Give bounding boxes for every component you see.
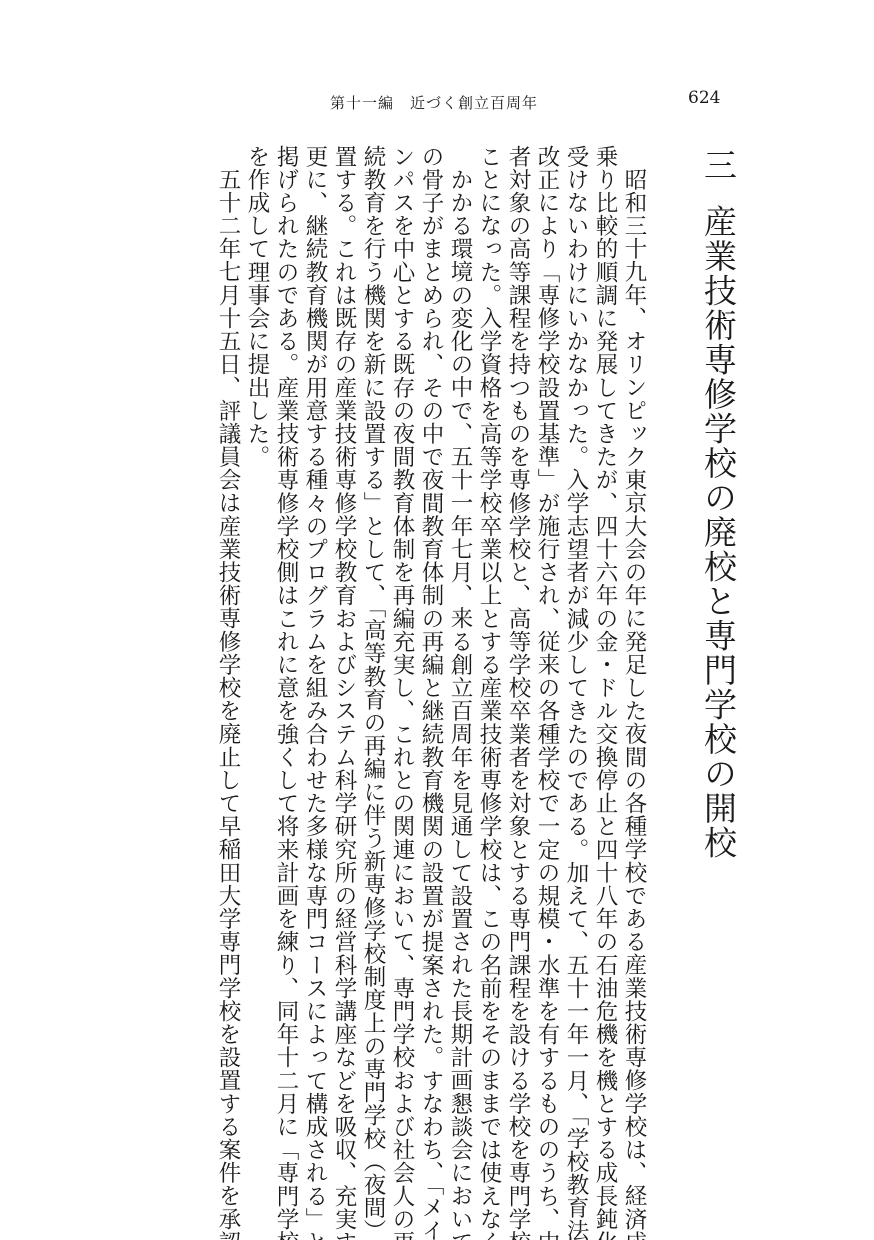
text-column: 受けないわけにいかなかった。入学志望者が減少してきたのである。加えて、五十一年一…: [561, 145, 590, 1130]
text-column: 続教育を行う機関を新に設置する」として、「高等教育の再編に伴う新専修学校制度上の…: [358, 145, 387, 1130]
text-column: 乗り比較的順調に発展してきたが、四十六年の金・ドル交換停止と四十八年の石油危機を…: [590, 145, 619, 1130]
text-column: を作成して理事会に提出した。: [242, 145, 271, 1130]
text-column: 掲げられたのである。産業技術専修学校側はこれに意を強くして将来計画を練り、同年十…: [271, 145, 300, 1130]
running-head: 第十一編 近づく創立百周年: [330, 92, 538, 113]
section-heading: 三産業技術専修学校の廃校と専門学校の開校: [700, 148, 736, 1148]
section-number: 三: [700, 148, 736, 183]
text-column: 改正により「専修学校設置基準」が施行され、従来の各種学校で一定の規模・水準を有す…: [532, 145, 561, 1130]
text-column: の骨子がまとめられ、その中で夜間教育体制の再編と継続教育機関の設置が提案された。…: [416, 145, 445, 1130]
text-column: ことになった。入学資格を高等学校卒業以上とする産業技術専修学校は、この名前をその…: [474, 145, 503, 1130]
text-column: 者対象の高等課程を持つものを専修学校と、高等学校卒業者を対象とする専門課程を設け…: [503, 145, 532, 1130]
text-column: かかる環境の変化の中で、五十一年七月、来る創立百周年を見通して設置された長期計画…: [445, 145, 474, 1130]
section-title: 産業技術専修学校の廃校と専門学校の開校: [699, 205, 738, 861]
body-text: 昭和三十九年、オリンピック東京大会の年に発足した夜間の各種学校である産業技術専修…: [108, 145, 648, 1130]
text-column: 五十二年七月十五日、評議員会は産業技術専修学校を廃止して早稲田大学専門学校を設置…: [213, 145, 242, 1130]
page-number: 624: [688, 88, 720, 108]
text-column: 置する。これは既存の産業技術専修学校教育およびシステム科学研究所の経営科学講座な…: [329, 145, 358, 1130]
text-column: 昭和三十九年、オリンピック東京大会の年に発足した夜間の各種学校である産業技術専修…: [619, 145, 648, 1130]
text-column: ンパスを中心とする既存の夜間教育体制を再編充実し、これとの関連において、専門学校…: [387, 145, 416, 1130]
text-column: 更に、継続教育機関が用意する種々のプログラムを組み合わせた多様な専門コースによっ…: [300, 145, 329, 1130]
